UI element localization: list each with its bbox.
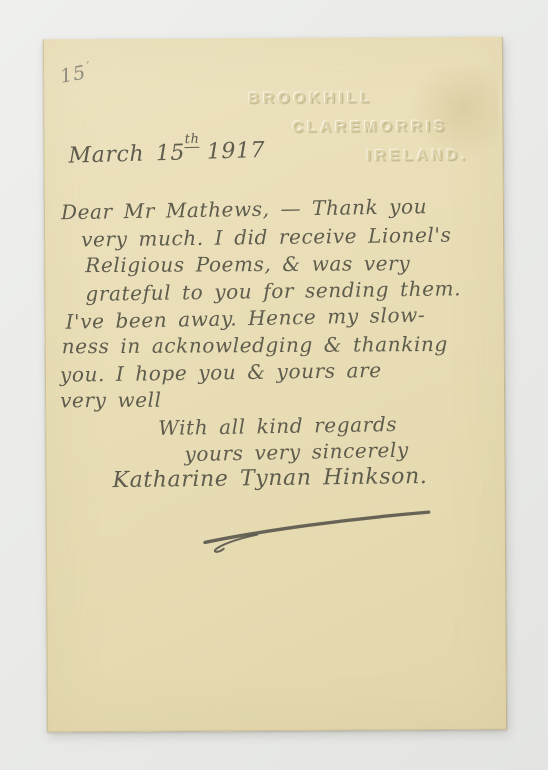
- letter-body-line: ness in acknowledging & thanking: [62, 332, 448, 358]
- signature: Katharine Tynan Hinkson.: [112, 464, 427, 493]
- letter-paper: 15′ BROOKHILL CLAREMORRIS IRELAND. March…: [43, 37, 507, 733]
- letter-date: March 15th1917: [68, 138, 265, 169]
- pencil-number: 15: [58, 61, 88, 87]
- letterhead-line-brookhill: BROOKHILL: [248, 89, 373, 107]
- letterhead: BROOKHILL CLAREMORRIS IRELAND.: [44, 37, 502, 40]
- letterhead-line-claremorris: CLAREMORRIS: [292, 118, 448, 136]
- letterhead-line-ireland: IRELAND.: [367, 147, 470, 165]
- date-year: 1917: [206, 138, 265, 165]
- letter-salutation-line: Dear Mr Mathews, — Thank you: [61, 194, 428, 224]
- date-day: March 15: [68, 140, 185, 168]
- date-ordinal-superscript: th: [184, 132, 199, 148]
- letter-body-line: grateful to you for sending them.: [85, 276, 461, 306]
- photograph-background: 15′ BROOKHILL CLAREMORRIS IRELAND. March…: [0, 0, 548, 770]
- letter-body-line: you. I hope you & yours are: [60, 358, 382, 387]
- pencil-tick-mark: ′: [86, 59, 93, 74]
- letter-closing-line: yours very sincerely: [184, 438, 409, 466]
- letter-body-line: very well: [60, 388, 162, 413]
- letter-closing-line: With all kind regards: [158, 412, 397, 440]
- letter-body-line: very much. I did receive Lionel's: [81, 223, 452, 252]
- signature-flourish-stroke: [192, 499, 442, 557]
- pencil-annotation: 15′: [58, 61, 92, 88]
- letter-body-line: Religious Poems, & was very: [85, 251, 410, 277]
- letter-body-line: I've been away. Hence my slow-: [65, 303, 425, 334]
